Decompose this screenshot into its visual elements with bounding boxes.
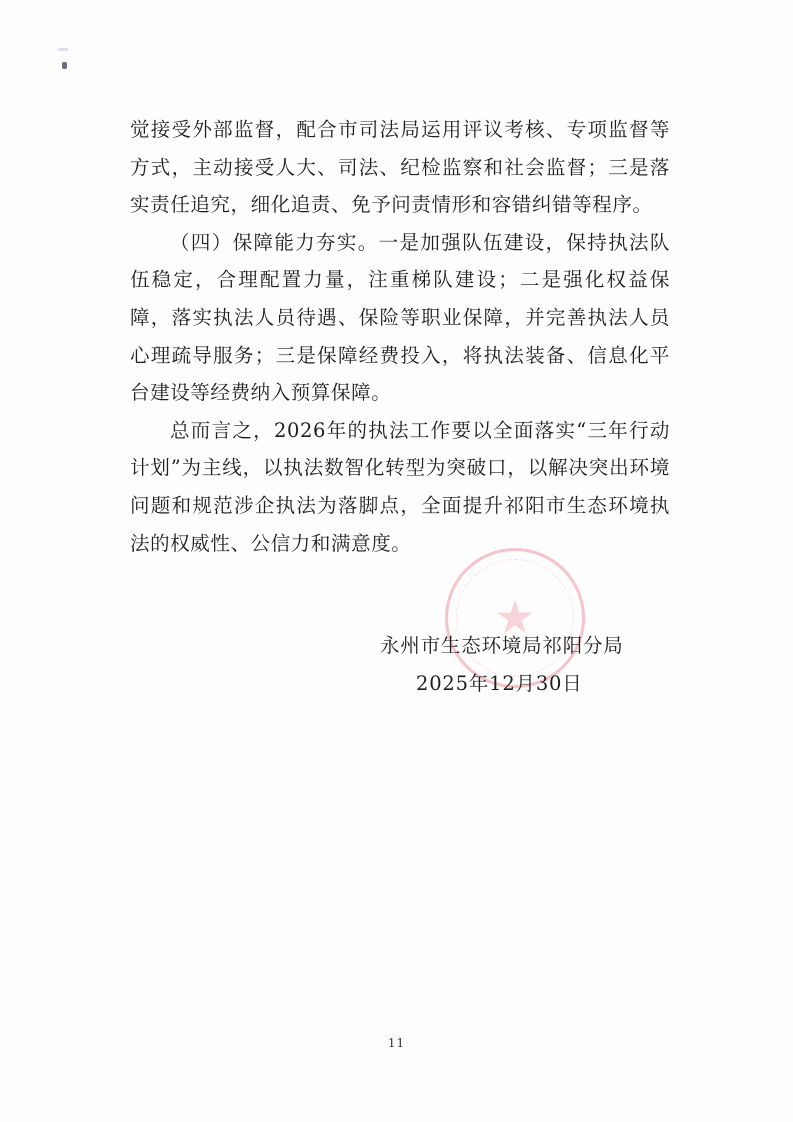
paragraph-section-four: （四）保障能力夯实。一是加强队伍建设，保持执法队伍稳定，合理配置力量，注重梯队建…: [130, 224, 670, 412]
scan-artifact: [62, 62, 67, 69]
paragraph-conclusion: 总而言之，2026年的执法工作要以全面落实“三年行动计划”为主线，以执法数智化转…: [130, 412, 670, 562]
scan-artifact: [58, 48, 68, 51]
signature-organization: 永州市生态环境局祁阳分局: [380, 630, 624, 658]
signature-date: 2025年12月30日: [416, 668, 583, 696]
paragraph-supervision-continued: 觉接受外部监督，配合市司法局运用评议考核、专项监督等方式，主动接受人大、司法、纪…: [130, 111, 670, 224]
document-page: 觉接受外部监督，配合市司法局运用评议考核、专项监督等方式，主动接受人大、司法、纪…: [0, 0, 793, 1122]
body-text: 觉接受外部监督，配合市司法局运用评议考核、专项监督等方式，主动接受人大、司法、纪…: [130, 111, 670, 562]
official-seal: ★: [445, 548, 585, 688]
page-number: 11: [0, 1036, 793, 1050]
